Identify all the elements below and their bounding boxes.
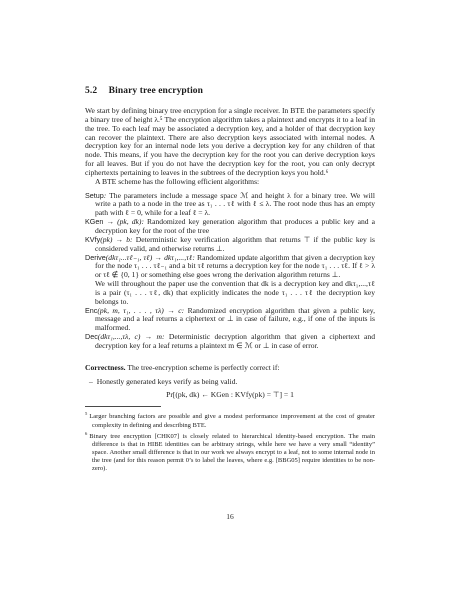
- correctness-block: Correctness. The tree-encryption scheme …: [85, 364, 375, 401]
- section-heading: 5.2 Binary tree encryption: [85, 86, 375, 96]
- correctness-bullet: –Honestly generated keys verify as being…: [89, 378, 375, 387]
- algo-name-setup: Setup: [85, 191, 104, 200]
- algo-item-enc: Enc(pk, m, τ₁, . . . , τλ) → c: Randomiz…: [85, 307, 375, 334]
- algo-signature-derive: (dkτ₁...τℓ₋₁, τℓ) → dkτ₁,...,τℓ:: [106, 253, 195, 262]
- correctness-formula: Pr[(pk, dk) ← KGen : KVfy(pk) = ⊤] = 1: [85, 391, 375, 400]
- algo-item-dec: Dec(dkτ₁,...,τλ, c) → m: Deterministic d…: [85, 333, 375, 351]
- footnote-6-text: Binary tree encryption [CHK07] is closel…: [89, 433, 375, 472]
- algo-name-dec: Dec: [85, 332, 98, 341]
- bullet-dash: –: [89, 377, 93, 386]
- algo-item-derive: Derive(dkτ₁...τℓ₋₁, τℓ) → dkτ₁,...,τℓ: R…: [85, 254, 375, 307]
- paper-page: 5.2 Binary tree encryption We start by d…: [0, 0, 463, 599]
- algo-description-kvfy: Deterministic key verification algorithm…: [95, 235, 375, 253]
- algorithms-lead-paragraph: A BTE scheme has the following efficient…: [85, 178, 375, 187]
- correctness-heading: Correctness.: [85, 363, 126, 372]
- page-number: 16: [85, 512, 375, 521]
- footnotes-block: 5Larger branching factors are possible a…: [85, 410, 375, 473]
- algo-signature-kvfy: (pk) → b:: [100, 235, 132, 244]
- algo-item-kvfy: KVfy(pk) → b: Deterministic key verifica…: [85, 236, 375, 254]
- algo-name-derive: Derive: [85, 253, 106, 262]
- algo-name-kgen: KGen: [85, 217, 103, 226]
- algo-name-enc: Enc: [85, 306, 97, 315]
- correctness-paragraph: Correctness. The tree-encryption scheme …: [85, 364, 375, 373]
- footnote-6-marker: 6: [85, 431, 87, 436]
- bullet-text: Honestly generated keys verify as being …: [97, 377, 238, 386]
- footnote-5: 5Larger branching factors are possible a…: [85, 410, 375, 429]
- intro-paragraph: We start by defining binary tree encrypt…: [85, 107, 375, 178]
- algo-signature-kgen: → (pk, dk):: [103, 217, 144, 226]
- algo-signature-setup: :: [104, 191, 107, 200]
- algo-item-setup: Setup: The parameters include a message …: [85, 192, 375, 219]
- section-number: 5.2: [85, 86, 97, 96]
- correctness-intro: The tree-encryption scheme is perfectly …: [127, 363, 279, 372]
- section-title: Binary tree encryption: [109, 86, 203, 96]
- algo-signature-enc: (pk, m, τ₁, . . . , τλ) → c:: [97, 306, 184, 315]
- derive-convention-note: We will throughout the paper use the con…: [95, 280, 375, 307]
- algo-item-kgen: KGen → (pk, dk): Randomized key generati…: [85, 218, 375, 236]
- text-column: 5.2 Binary tree encryption We start by d…: [85, 86, 375, 473]
- footnote-6: 6Binary tree encryption [CHK07] is close…: [85, 430, 375, 474]
- footnote-5-marker: 5: [85, 411, 87, 416]
- algo-signature-dec: (dkτ₁,...,τλ, c) → m:: [98, 332, 165, 341]
- algorithm-list: Setup: The parameters include a message …: [85, 192, 375, 351]
- algo-description-setup: The parameters include a message space ℳ…: [95, 191, 375, 218]
- footnote-5-text: Larger branching factors are possible an…: [89, 413, 375, 428]
- algo-name-kvfy: KVfy: [85, 235, 100, 244]
- footnote-rule: [85, 406, 161, 407]
